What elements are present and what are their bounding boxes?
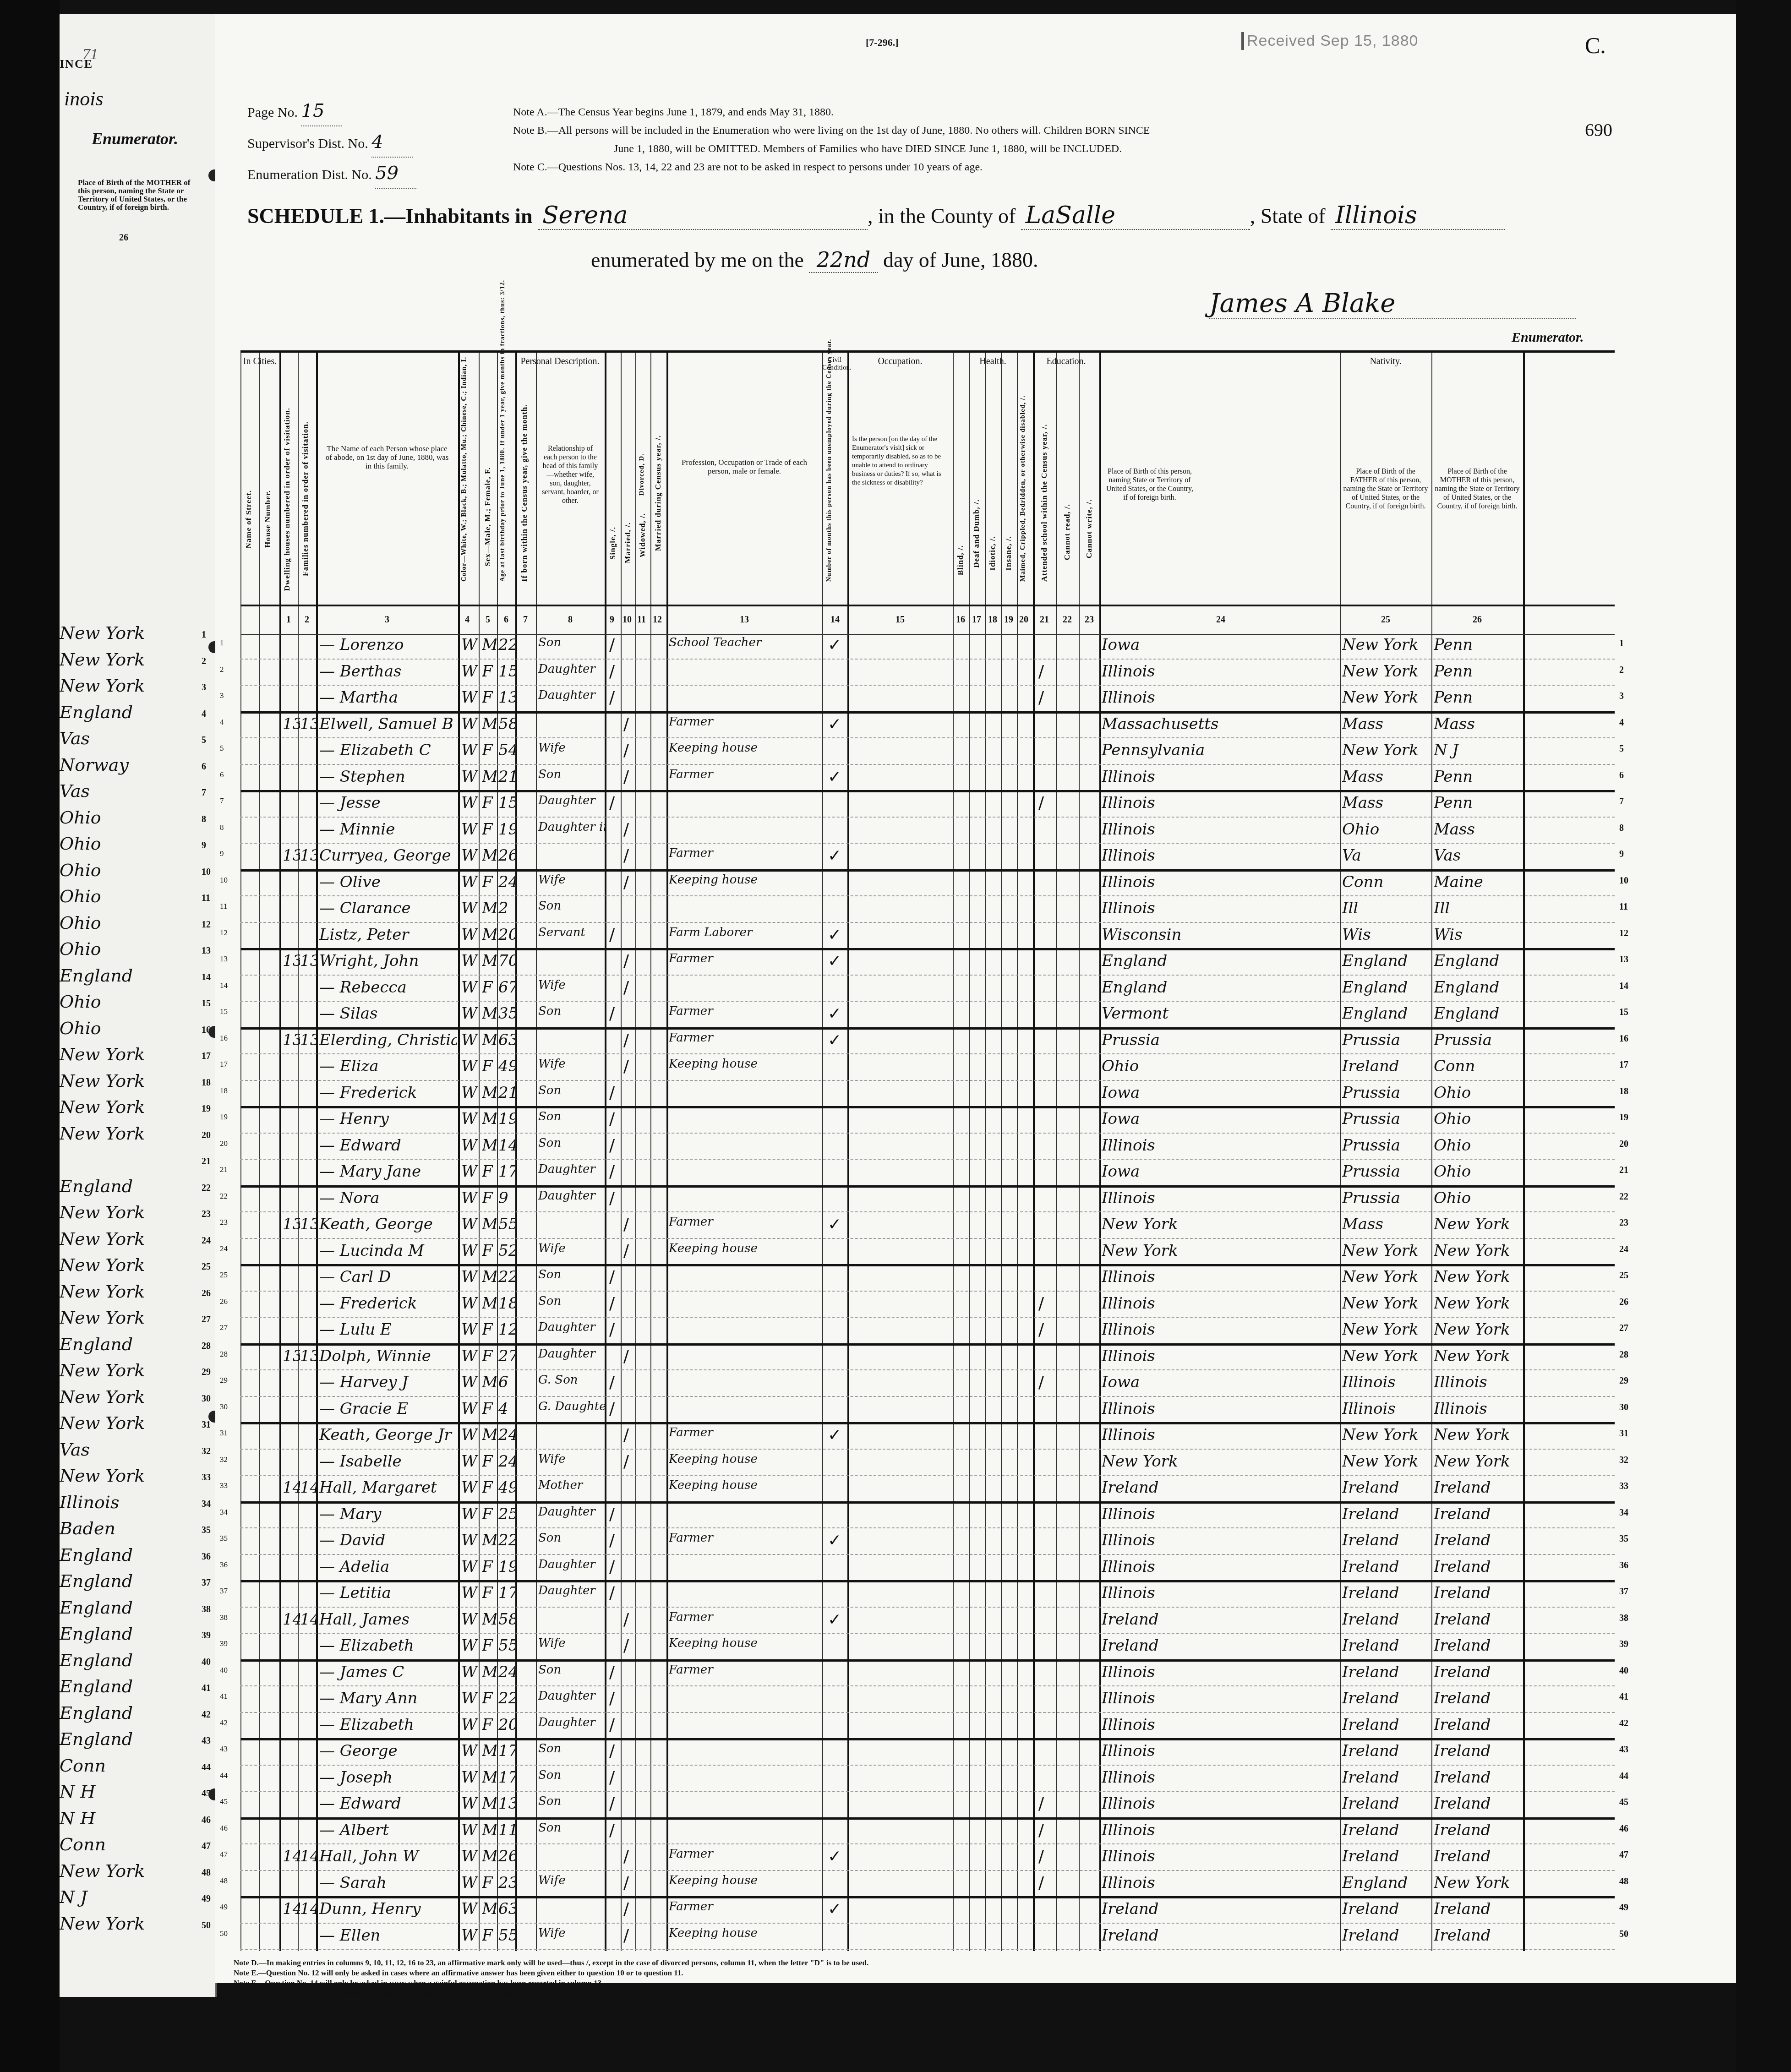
cell-line: 42 xyxy=(1619,1718,1628,1729)
cell-age: 35 xyxy=(498,1004,515,1023)
cell-sex: F xyxy=(482,1874,497,1892)
cell-relation: Son xyxy=(538,899,605,913)
cell-father: New York xyxy=(1342,688,1431,707)
cell-sex: M xyxy=(482,1004,497,1023)
cell-age: 24 xyxy=(498,1452,515,1471)
cell-sex: M xyxy=(482,1794,497,1813)
prev-page-line-number: 23 xyxy=(202,1209,211,1220)
cell-sex: F xyxy=(482,741,497,759)
place-name: Serena xyxy=(538,202,868,230)
prev-page-mother-birthplace: New York xyxy=(60,649,145,670)
colnum: 1 xyxy=(286,615,291,625)
enumerated-day: 22nd xyxy=(809,247,878,273)
cell-single: / xyxy=(609,688,621,707)
prev-page-mother-birthplace: England xyxy=(60,1650,133,1670)
cell-father: England xyxy=(1342,952,1431,970)
cell-relation: Wife xyxy=(538,1874,605,1887)
cell-name: — Mary xyxy=(319,1505,457,1523)
prev-page-line-number: 48 xyxy=(202,1868,211,1878)
cell-line: 31 xyxy=(220,1429,228,1438)
prev-page-mother-birthplace: England xyxy=(60,1545,133,1565)
cell-sex: F xyxy=(482,1347,497,1365)
cell-father: England xyxy=(1342,1004,1431,1023)
cell-name: — Rebecca xyxy=(319,978,457,997)
cell-dwelling: 143 xyxy=(283,1900,300,1918)
table-row: 49143143Dunn, HenryWM63/Farmer✓IrelandIr… xyxy=(240,1896,1615,1924)
cell-birth: Illinois xyxy=(1102,1716,1338,1734)
cell-father: Ireland xyxy=(1342,1689,1431,1707)
header-house: House Number. xyxy=(263,490,273,548)
cell-sex: F xyxy=(482,1162,497,1181)
cell-school: / xyxy=(1038,1874,1055,1892)
prev-page-row: New York xyxy=(60,1044,197,1070)
header-divorced: Divorced, D. xyxy=(638,453,646,496)
cell-line: 10 xyxy=(220,876,228,885)
prev-page-row: Ohio xyxy=(60,939,197,965)
prev-page-row: Ohio xyxy=(60,834,197,860)
prev-page-line-number: 40 xyxy=(202,1657,211,1668)
cell-name: — Elizabeth xyxy=(319,1716,457,1734)
cell-age: 55 xyxy=(498,1926,515,1945)
cell-sex: M xyxy=(482,636,497,654)
prev-page-row: Baden xyxy=(60,1518,197,1544)
cell-mother: Ohio xyxy=(1434,1189,1523,1207)
table-row: 24— Lucinda MWF52Wife/Keeping houseNew Y… xyxy=(240,1238,1615,1267)
cell-birth: Illinois xyxy=(1102,688,1338,707)
cell-father: New York xyxy=(1342,1452,1431,1471)
table-row: 8— MinnieWF19Daughter in law/IllinoisOhi… xyxy=(240,817,1615,844)
cell-sex: M xyxy=(482,1031,497,1049)
cell-color: W xyxy=(461,1215,478,1233)
cell-line: 26 xyxy=(220,1297,228,1306)
cell-unemployed: ✓ xyxy=(828,952,846,971)
table-row: 50— EllenWF55Wife/Keeping houseIrelandIr… xyxy=(240,1923,1615,1950)
table-row: 42— ElizabethWF20Daughter/IllinoisIrelan… xyxy=(240,1712,1615,1741)
cell-sex: M xyxy=(482,899,497,917)
prev-page-row: Conn xyxy=(60,1834,197,1860)
column-numbers: 1 2 3 4 5 6 7 8 9 10 11 12 13 14 15 16 1… xyxy=(240,605,1615,635)
cell-relation: Son xyxy=(538,1742,605,1756)
cell-name: — David xyxy=(319,1531,457,1549)
cell-father: Ill xyxy=(1342,899,1431,917)
cell-father: New York xyxy=(1342,1242,1431,1260)
cell-relation: Son xyxy=(538,768,605,781)
note-b: Note B.—All persons will be included in … xyxy=(513,121,1567,140)
table-row: 44— JosephWM17Son/IllinoisIrelandIreland… xyxy=(240,1765,1615,1792)
cell-age: 9 xyxy=(498,1189,515,1207)
cell-age: 22 xyxy=(498,1689,515,1707)
cell-father: Conn xyxy=(1342,873,1431,891)
note-g: Note G.—In column 7 an abbreviation in t… xyxy=(234,1988,1516,1998)
prev-page-line-number: 20 xyxy=(202,1130,211,1141)
table-row: 34— MaryWF25Daughter/IllinoisIrelandIrel… xyxy=(240,1501,1615,1529)
cell-color: W xyxy=(461,978,478,997)
group-health: Health. xyxy=(953,356,1033,367)
prev-page-mother-birthplace: New York xyxy=(60,623,145,643)
county-name: LaSalle xyxy=(1021,202,1250,230)
note-c: Note C.—Questions Nos. 13, 14, 22 and 23… xyxy=(513,158,1567,176)
cell-occupation: Keeping house xyxy=(669,1452,822,1466)
cell-relation: Son xyxy=(538,1084,605,1097)
cell-age: 2 xyxy=(498,899,515,917)
cell-age: 63 xyxy=(498,1031,515,1049)
cell-name: — Edward xyxy=(319,1794,457,1813)
cell-age: 6 xyxy=(498,1373,515,1391)
cell-line: 47 xyxy=(220,1850,228,1859)
header-birth-person: Place of Birth of this person, naming St… xyxy=(1104,467,1196,502)
prev-page-row: England xyxy=(60,1703,197,1729)
cell-age: 24 xyxy=(498,1426,515,1444)
cell-line: 9 xyxy=(220,849,224,858)
cell-color: W xyxy=(461,899,478,917)
prev-page-row: England xyxy=(60,1176,197,1202)
cell-line: 34 xyxy=(220,1508,228,1517)
cell-name: Listz, Peter xyxy=(319,926,457,944)
cell-color: W xyxy=(461,1320,478,1339)
table-row: 1— LorenzoWM22Son/School Teacher✓IowaNew… xyxy=(240,632,1615,660)
cell-line: 27 xyxy=(220,1323,228,1332)
prev-page-line-number: 31 xyxy=(202,1420,211,1430)
cell-relation: Wife xyxy=(538,873,605,887)
cell-father: Mass xyxy=(1342,715,1431,733)
table-row: 6— StephenWM21Son/Farmer✓IllinoisMassPen… xyxy=(240,764,1615,793)
header-born-month: If born within the Census year, give the… xyxy=(520,398,529,582)
cell-birth: Illinois xyxy=(1102,1347,1338,1365)
table-row: 31Keath, George JrWM24/Farmer✓IllinoisNe… xyxy=(240,1422,1615,1450)
cell-family: 135 xyxy=(300,846,317,865)
cell-mother: Ohio xyxy=(1434,1110,1523,1128)
cell-name: — Joseph xyxy=(319,1768,457,1787)
header-name: The Name of each Person whose place of a… xyxy=(323,444,451,470)
cell-line: 38 xyxy=(220,1613,228,1622)
cell-color: W xyxy=(461,768,478,786)
cell-father: Mass xyxy=(1342,768,1431,786)
cell-married: / xyxy=(623,1636,635,1655)
cell-color: W xyxy=(461,1004,478,1023)
cell-family: 137 xyxy=(300,1031,317,1049)
prev-page-mother-birthplace: New York xyxy=(60,1071,145,1091)
cell-birth: Iowa xyxy=(1102,636,1338,654)
cell-occupation: Keeping house xyxy=(669,1057,822,1071)
cell-age: 19 xyxy=(498,820,515,839)
cell-single: / xyxy=(609,1663,621,1682)
cell-relation: Daughter xyxy=(538,1584,605,1598)
cell-occupation: Farmer xyxy=(669,1610,822,1624)
note-d: Note D.—In making entries in columns 9, … xyxy=(234,1958,1516,1968)
cell-line: 45 xyxy=(220,1797,228,1806)
cell-birth: Massachusetts xyxy=(1102,715,1338,733)
cell-line: 44 xyxy=(220,1771,228,1780)
cell-dwelling: 139 xyxy=(283,1347,300,1365)
cell-single: / xyxy=(609,1716,621,1734)
cell-name: — Elizabeth C xyxy=(319,741,457,759)
cell-age: 70 xyxy=(498,952,515,970)
cell-occupation: Farmer xyxy=(669,1215,822,1229)
cell-sex: M xyxy=(482,1847,497,1865)
cell-line: 18 xyxy=(220,1086,228,1096)
cell-name: Keath, George Jr xyxy=(319,1426,457,1444)
table-row: 2— BerthasWF15Daughter//IllinoisNew York… xyxy=(240,659,1615,686)
cell-line: 1 xyxy=(1619,638,1624,649)
cell-sex: F xyxy=(482,1400,497,1418)
cell-mother: Ireland xyxy=(1434,1847,1523,1865)
cell-married: / xyxy=(623,846,635,865)
prev-page-line-number: 30 xyxy=(202,1394,211,1404)
cell-line: 2 xyxy=(1619,665,1624,676)
cell-father: New York xyxy=(1342,1294,1431,1313)
cell-line: 16 xyxy=(1619,1034,1628,1044)
cell-mother: Ohio xyxy=(1434,1162,1523,1181)
cell-color: W xyxy=(461,1531,478,1549)
prev-page-row: Ohio xyxy=(60,807,197,834)
page-no-label: Page No. xyxy=(247,105,298,120)
cell-occupation: Keeping house xyxy=(669,1478,822,1492)
cell-name: — Martha xyxy=(319,688,457,707)
table-row: 15— SilasWM35Son/Farmer✓VermontEnglandEn… xyxy=(240,1001,1615,1030)
cell-father: Prussia xyxy=(1342,1136,1431,1155)
cell-relation: Daughter xyxy=(538,1347,605,1361)
cell-mother: New York xyxy=(1434,1242,1523,1260)
cell-single: / xyxy=(609,1320,621,1339)
colnum: 9 xyxy=(610,615,614,625)
cell-father: Ireland xyxy=(1342,1794,1431,1813)
cell-line: 17 xyxy=(220,1060,228,1069)
cell-mother: Ireland xyxy=(1434,1926,1523,1945)
cell-occupation: Keeping house xyxy=(669,1874,822,1887)
cell-mother: Conn xyxy=(1434,1057,1523,1075)
colnum: 4 xyxy=(465,615,470,625)
prev-page-line-number: 28 xyxy=(202,1341,211,1352)
prev-page-line-number: 32 xyxy=(202,1446,211,1457)
header-unemployed: Number of months this person has been un… xyxy=(826,376,833,582)
cell-color: W xyxy=(461,1716,478,1734)
prev-page-mother-birthplace: England xyxy=(60,1334,133,1354)
cell-color: W xyxy=(461,1347,478,1365)
header-married: Married, /. xyxy=(623,522,633,563)
cell-color: W xyxy=(461,1505,478,1523)
cell-sex: M xyxy=(482,1426,497,1444)
prev-page-line-number: 1 xyxy=(202,630,206,640)
cell-single: / xyxy=(609,1110,621,1129)
prev-page-row: Ohio xyxy=(60,913,197,939)
colnum: 3 xyxy=(385,615,389,625)
cell-name: — James C xyxy=(319,1663,457,1681)
cell-sex: M xyxy=(482,1531,497,1549)
cell-birth: Illinois xyxy=(1102,1505,1338,1523)
cell-line: 24 xyxy=(1619,1244,1628,1255)
cell-color: W xyxy=(461,873,478,891)
prev-page-mother-birthplace: Conn xyxy=(60,1756,106,1776)
note-f: Note F.—Question No. 14 will only be ask… xyxy=(234,1978,1516,1988)
header-idiotic: Idiotic, /. xyxy=(988,536,997,571)
cell-color: W xyxy=(461,1162,478,1181)
cell-color: W xyxy=(461,1768,478,1787)
cell-dwelling: 141 xyxy=(283,1610,300,1629)
cell-father: Ireland xyxy=(1342,1478,1431,1497)
cell-line: 25 xyxy=(220,1270,228,1280)
cell-name: — Mary Jane xyxy=(319,1162,457,1181)
cell-line: 8 xyxy=(220,823,224,832)
prev-page-line-number: 12 xyxy=(202,920,211,930)
cell-sex: F xyxy=(482,662,497,681)
header-single: Single, /. xyxy=(608,527,617,560)
prev-page-row: New York xyxy=(60,623,197,649)
cell-age: 58 xyxy=(498,1610,515,1629)
cell-line: 48 xyxy=(220,1876,228,1886)
cell-birth: Illinois xyxy=(1102,1874,1338,1892)
cell-name: Hall, James xyxy=(319,1610,457,1629)
cell-single: / xyxy=(609,1004,621,1023)
prev-page-line-number: 13 xyxy=(202,946,211,956)
cell-birth: Illinois xyxy=(1102,1689,1338,1707)
cell-father: Ireland xyxy=(1342,1847,1431,1865)
prev-page-mother-birthplace: New York xyxy=(60,1466,145,1486)
cell-birth: Illinois xyxy=(1102,1768,1338,1787)
cell-line: 2 xyxy=(220,665,224,674)
group-in-cities: In Cities. xyxy=(240,356,279,367)
header-cannot-read: Cannot read, /. xyxy=(1063,504,1072,560)
corner-letter: C. xyxy=(1585,32,1606,59)
prev-page-line-number: 8 xyxy=(202,814,206,825)
cell-line: 10 xyxy=(1619,876,1628,886)
cell-line: 3 xyxy=(1619,691,1624,702)
table-row: 22— NoraWF9Daughter/IllinoisPrussiaOhio2… xyxy=(240,1185,1615,1213)
prev-page-row: New York xyxy=(60,1360,197,1386)
cell-name: — Albert xyxy=(319,1821,457,1839)
prev-page-row: N H xyxy=(60,1808,197,1834)
cell-married: / xyxy=(623,820,635,839)
scan-edge xyxy=(1736,0,1791,2072)
cell-sex: M xyxy=(482,846,497,865)
header-notes: Note A.—The Census Year begins June 1, 1… xyxy=(513,103,1567,176)
cell-birth: Illinois xyxy=(1102,1742,1338,1760)
cell-line: 16 xyxy=(220,1034,228,1043)
enumeration-dist-value: 59 xyxy=(375,158,416,189)
cell-mother: New York xyxy=(1434,1215,1523,1233)
cell-line: 11 xyxy=(220,902,227,911)
enumerator-signature: James A Blake xyxy=(1209,289,1576,319)
table-row: 9135135Curryea, George WWM26/Farmer✓Illi… xyxy=(240,843,1615,872)
cell-age: 55 xyxy=(498,1215,515,1233)
cell-age: 26 xyxy=(498,1847,515,1865)
prev-page-mother-birthplace: Conn xyxy=(60,1834,106,1854)
cell-father: Ireland xyxy=(1342,1742,1431,1760)
prev-page-row: England xyxy=(60,965,197,992)
cell-married: / xyxy=(623,873,635,892)
cell-line: 4 xyxy=(1619,718,1624,728)
cell-line: 36 xyxy=(1619,1560,1628,1571)
prev-page-row: Ohio xyxy=(60,1018,197,1044)
cell-sex: F xyxy=(482,1716,497,1734)
prev-page-mother-birthplace: England xyxy=(60,1624,133,1644)
supervisor-dist-label: Supervisor's Dist. No. xyxy=(247,136,368,151)
cell-age: 17 xyxy=(498,1742,515,1760)
group-education: Education. xyxy=(1033,356,1099,367)
cell-line: 39 xyxy=(220,1639,228,1648)
cell-father: New York xyxy=(1342,1268,1431,1286)
cell-color: W xyxy=(461,715,478,733)
cell-birth: Illinois xyxy=(1102,1558,1338,1576)
cell-married: / xyxy=(623,768,635,786)
cell-occupation: Keeping house xyxy=(669,1926,822,1940)
cell-line: 38 xyxy=(1619,1613,1628,1624)
cell-married: / xyxy=(623,1874,635,1892)
cell-color: W xyxy=(461,1242,478,1260)
cell-line: 6 xyxy=(220,770,224,780)
cell-age: 15 xyxy=(498,662,515,681)
prev-page-line-number: 7 xyxy=(202,788,206,798)
prev-page-mother-birthplace: Ohio xyxy=(60,913,101,933)
cell-relation: Wife xyxy=(538,978,605,992)
prev-page-line-number: 9 xyxy=(202,840,206,851)
cell-father: Illinois xyxy=(1342,1400,1431,1418)
prev-page-row: Conn xyxy=(60,1756,197,1782)
table-row: 14— RebeccaWF67Wife/EnglandEnglandEnglan… xyxy=(240,975,1615,1002)
header-maimed: Maimed, Crippled, Bedridden, or otherwis… xyxy=(1019,380,1027,582)
table-row: 26— FrederickWM18Son//IllinoisNew YorkNe… xyxy=(240,1291,1615,1318)
cell-line: 13 xyxy=(220,954,228,964)
cell-color: W xyxy=(461,1689,478,1707)
prev-page-line-number: 24 xyxy=(202,1236,211,1246)
cell-age: 19 xyxy=(498,1558,515,1576)
prev-page-line-number: 50 xyxy=(202,1920,211,1931)
cell-color: W xyxy=(461,1084,478,1102)
prev-page-mother-birthplace: England xyxy=(60,1676,133,1696)
prev-page-line-number: 2 xyxy=(202,656,206,667)
prev-page-line-number: 34 xyxy=(202,1499,211,1510)
census-table: In Cities. Personal Description. Civil C… xyxy=(240,350,1615,1951)
prev-page-row: New York xyxy=(60,1097,197,1123)
cell-father: New York xyxy=(1342,662,1431,681)
prev-page-mother-birthplace: England xyxy=(60,965,133,986)
cell-mother: Ireland xyxy=(1434,1531,1523,1549)
table-row: 39— ElizabethWF55Wife/Keeping houseIrela… xyxy=(240,1633,1615,1662)
colnum: 26 xyxy=(1473,615,1482,625)
cell-father: Ireland xyxy=(1342,1558,1431,1576)
cell-mother: Penn xyxy=(1434,662,1523,681)
prev-page-line-number: 49 xyxy=(202,1894,211,1904)
cell-father: New York xyxy=(1342,741,1431,759)
prev-page-mother-birthplace: New York xyxy=(60,1097,145,1117)
table-row: 3— MarthaWF13Daughter//IllinoisNew YorkP… xyxy=(240,685,1615,714)
cell-father: Ireland xyxy=(1342,1663,1431,1681)
cell-sex: F xyxy=(482,688,497,707)
cell-line: 46 xyxy=(1619,1824,1628,1834)
cell-line: 22 xyxy=(220,1192,228,1201)
cell-mother: Illinois xyxy=(1434,1373,1523,1391)
cell-color: W xyxy=(461,952,478,970)
cell-birth: Ireland xyxy=(1102,1636,1338,1655)
colnum: 21 xyxy=(1040,615,1049,625)
cell-single: / xyxy=(609,1689,621,1708)
prev-page-mother-birthplace: Ohio xyxy=(60,886,101,906)
cell-line: 22 xyxy=(1619,1192,1628,1202)
cell-single: / xyxy=(609,1505,621,1524)
cell-father: Ireland xyxy=(1342,1900,1431,1918)
prev-page-line-number: 15 xyxy=(202,998,211,1009)
cell-father: Ireland xyxy=(1342,1636,1431,1655)
prev-page-row: Vas xyxy=(60,1439,197,1466)
cell-mother: Ireland xyxy=(1434,1900,1523,1918)
cell-relation: Son xyxy=(538,1004,605,1018)
cell-sex: F xyxy=(482,820,497,839)
header-profession: Profession, Occupation or Trade of each … xyxy=(673,458,815,475)
cell-sex: F xyxy=(482,1584,497,1602)
cell-line: 28 xyxy=(220,1350,228,1359)
cell-line: 21 xyxy=(1619,1165,1628,1176)
cell-relation: Wife xyxy=(538,1452,605,1466)
prev-page-mother-birthplace: Ohio xyxy=(60,834,101,854)
